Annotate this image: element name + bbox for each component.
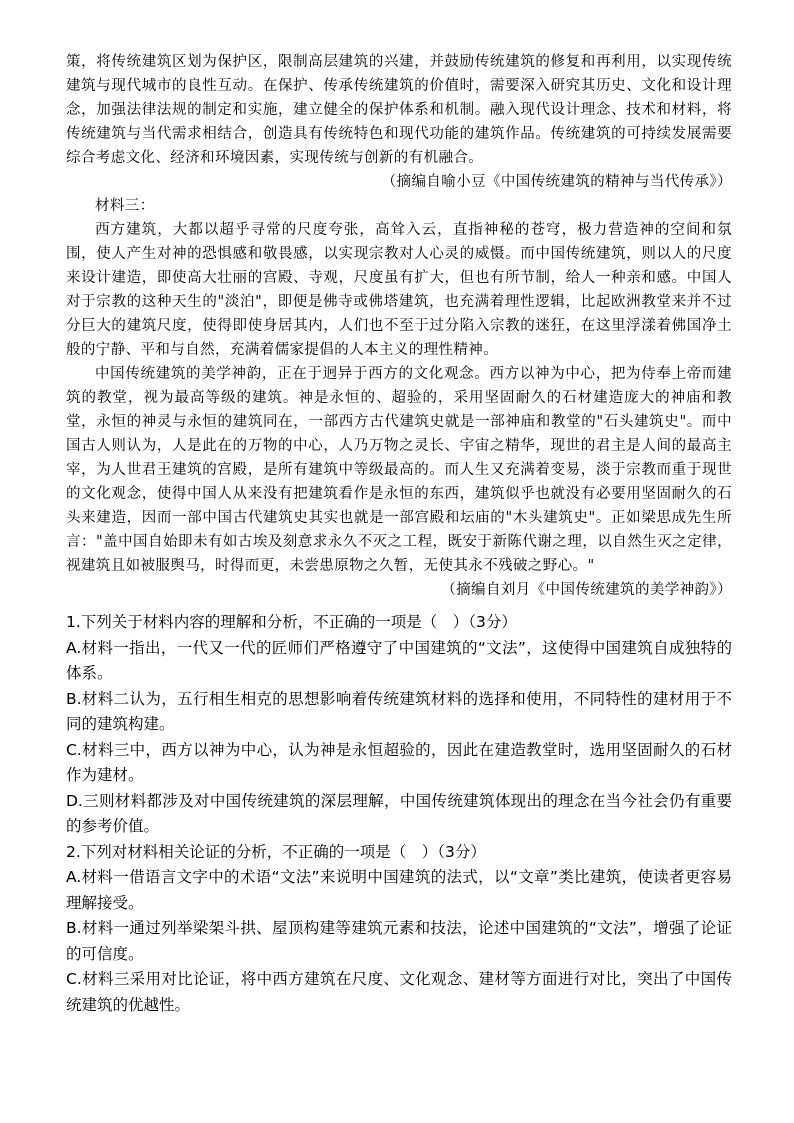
question-2-option-c: C.材料三采用对比论证，将中西方建筑在尺度、文化观念、建材等方面进行对比，突出了… bbox=[66, 967, 732, 1018]
source-credit-1: （摘编自喻小豆《中国传统建筑的精神与当代传承》） bbox=[66, 170, 732, 194]
material3-paragraph-1: 西方建筑，大都以超乎寻常的尺度夸张，高耸入云，直指神秘的苍穹，极力营造神的空间和… bbox=[66, 218, 732, 362]
question-2-stem: 2.下列对材料相关论证的分析，不正确的一项是（ ）（3分） bbox=[66, 840, 732, 866]
material3-label: 材料三： bbox=[66, 194, 732, 218]
question-1-option-d: D.三则材料都涉及对中国传统建筑的深层理解，中国传统建筑体现出的理念在当今社会仍… bbox=[66, 789, 732, 840]
question-1-option-b: B.材料二认为，五行相生相克的思想影响着传统建筑材料的选择和使用，不同特性的建材… bbox=[66, 687, 732, 738]
questions-section: 1.下列关于材料内容的理解和分析，不正确的一项是（ ）（3分） A.材料一指出，… bbox=[66, 610, 732, 1018]
question-2-option-a: A.材料一借语言文字中的术语“文法”来说明中国建筑的法式，以“文章”类比建筑，使… bbox=[66, 865, 732, 916]
question-1-option-a: A.材料一指出，一代又一代的匠师们严格遵守了中国建筑的“文法”，这使得中国建筑自… bbox=[66, 636, 732, 687]
exam-page: 策，将传统建筑区划为保护区，限制高层建筑的兴建，并鼓励传统建筑的修复和再利用，以… bbox=[0, 0, 794, 1123]
material3-paragraph-2: 中国传统建筑的美学神韵，正在于迥异于西方的文化观念。西方以神为中心，把为侍奉上帝… bbox=[66, 362, 732, 578]
question-2-option-b: B.材料一通过列举梁架斗拱、屋顶构建等建筑元素和技法，论述中国建筑的“文法”，增… bbox=[66, 916, 732, 967]
question-1-option-c: C.材料三中，西方以神为中心，认为神是永恒超验的，因此在建造教堂时，选用坚固耐久… bbox=[66, 738, 732, 789]
continuation-paragraph: 策，将传统建筑区划为保护区，限制高层建筑的兴建，并鼓励传统建筑的修复和再利用，以… bbox=[66, 50, 732, 170]
question-1-stem: 1.下列关于材料内容的理解和分析，不正确的一项是（ ）（3分） bbox=[66, 610, 732, 636]
source-credit-2: （摘编自刘月《中国传统建筑的美学神韵》） bbox=[66, 578, 732, 602]
